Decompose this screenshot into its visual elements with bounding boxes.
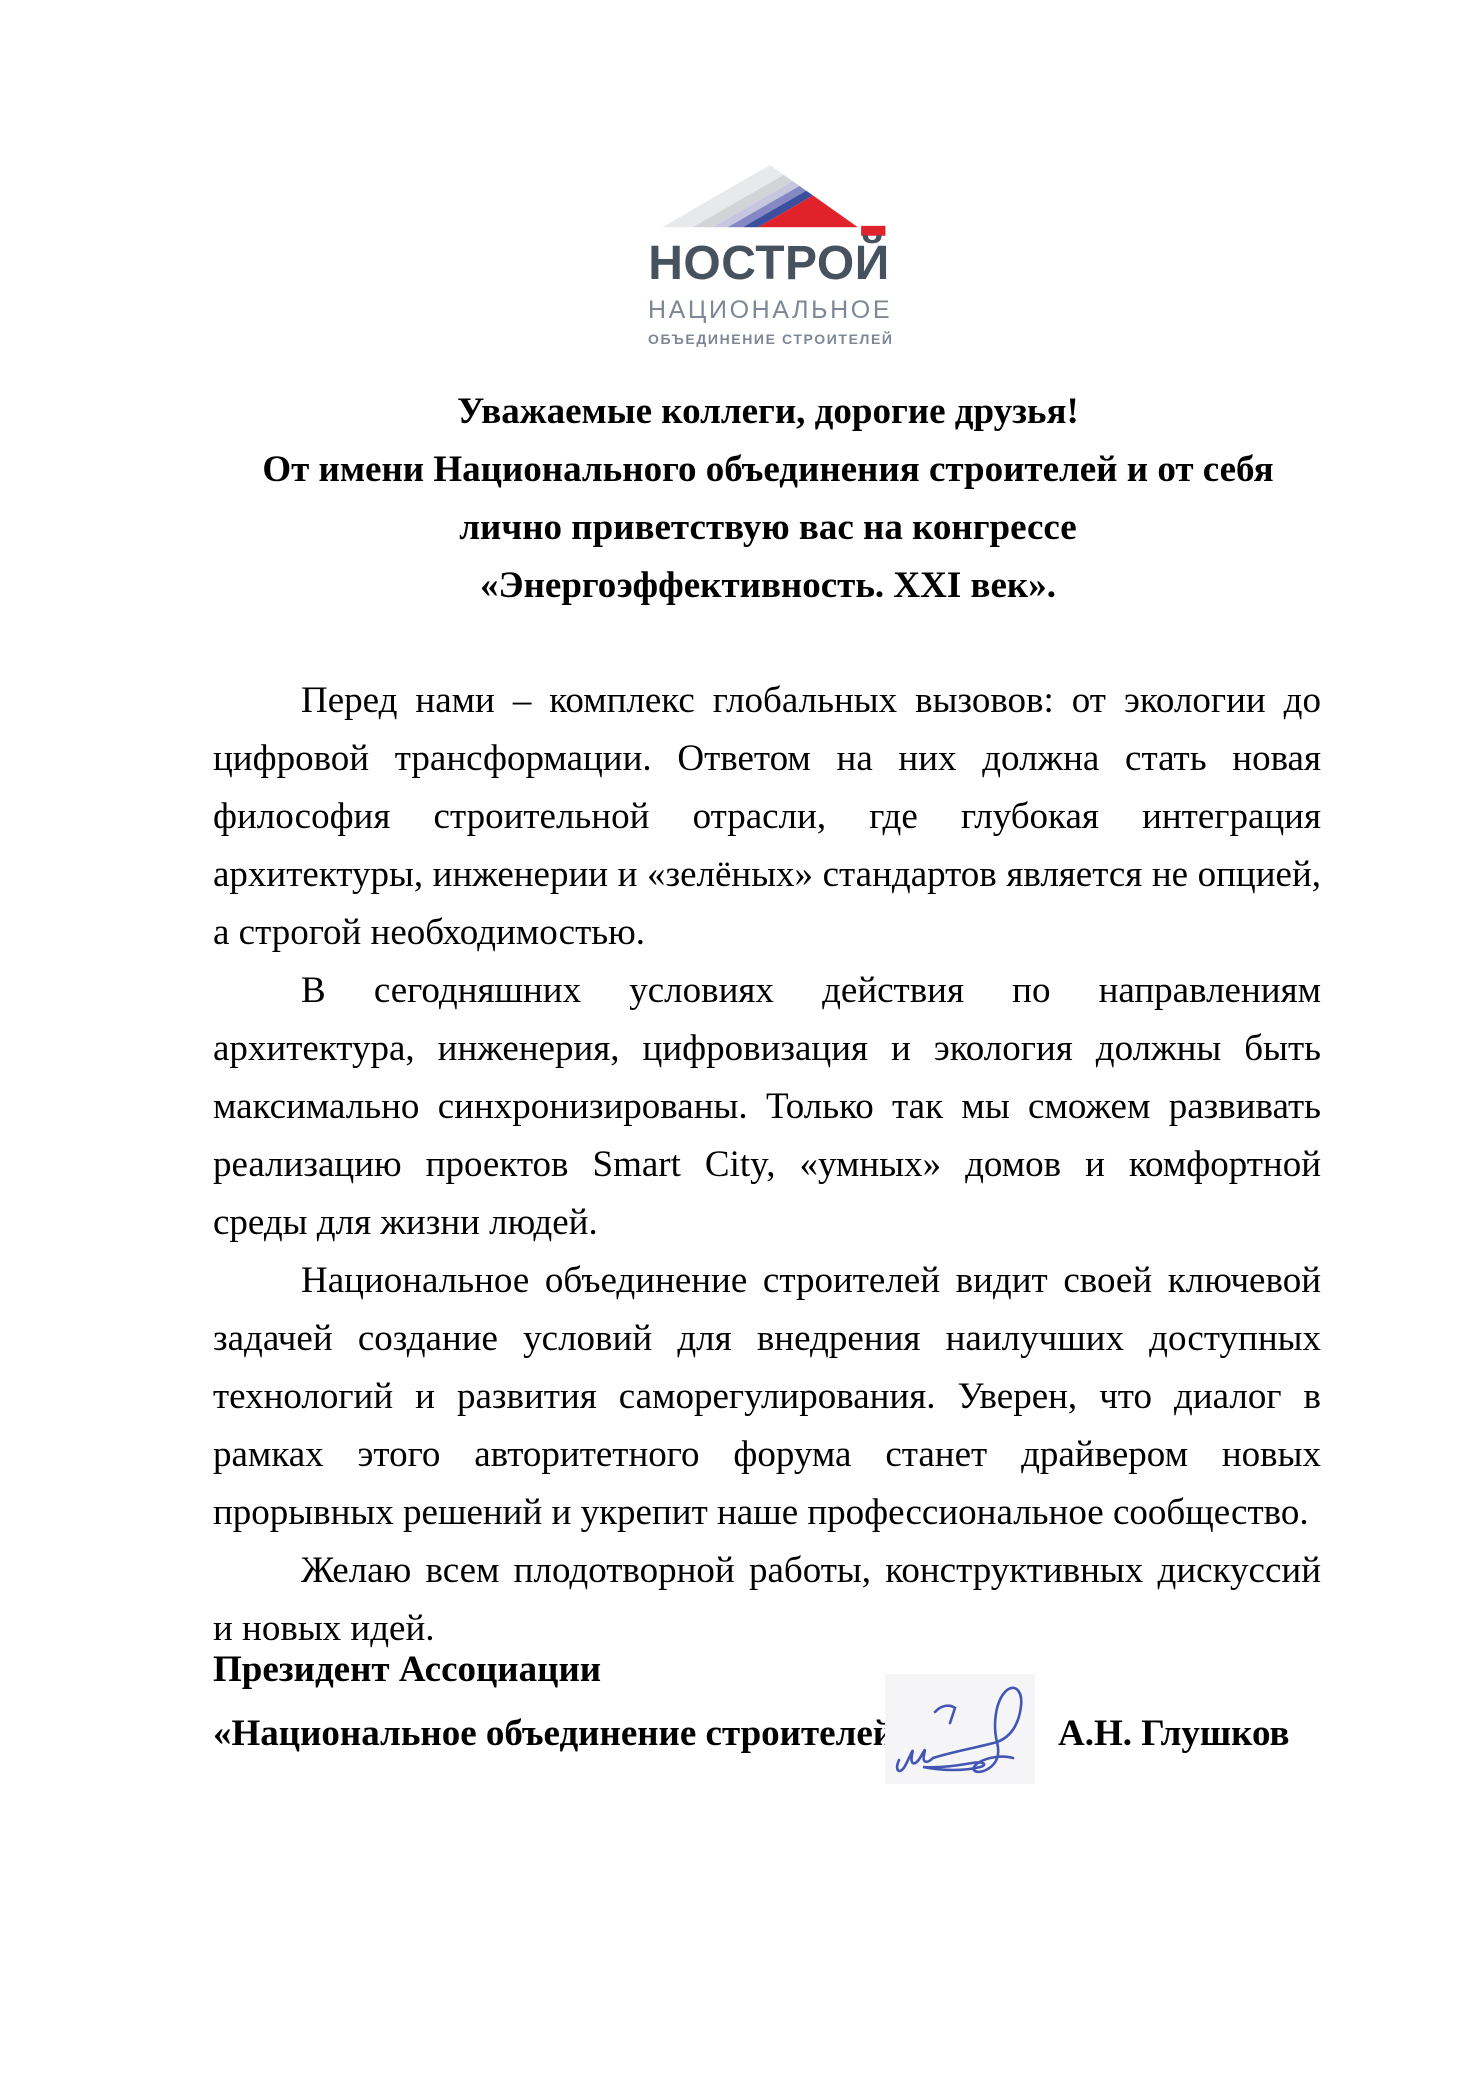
heading-line-1: Уважаемые коллеги, дорогие друзья! <box>213 383 1323 441</box>
logo-subtitle: НАЦИОНАЛЬНОЕ <box>648 296 890 325</box>
signer-title-line-2: «Национальное объединение строителей» <box>213 1712 913 1756</box>
letter-body: Перед нами – комплекс глобальных вызовов… <box>213 672 1321 1658</box>
letter-heading: Уважаемые коллеги, дорогие друзья! От им… <box>213 383 1323 615</box>
signature-block: Президент Ассоциации «Национальное объед… <box>213 1648 1333 1868</box>
nostroy-logo: НОСТРОЙ НАЦИОНАЛЬНОЕ ОБЪЕДИНЕНИЕ СТРОИТЕ… <box>648 162 890 347</box>
logo-subtitle-2: ОБЪЕДИНЕНИЕ СТРОИТЕЛЕЙ <box>648 331 890 347</box>
body-paragraph-2: В сегодняшних условиях действия по напра… <box>213 962 1321 1252</box>
heading-line-2: От имени Национального объединения строи… <box>213 441 1323 499</box>
heading-line-4: «Энергоэффективность. XXI век». <box>213 557 1323 615</box>
body-paragraph-1: Перед нами – комплекс глобальных вызовов… <box>213 672 1321 962</box>
handwritten-signature <box>885 1674 1035 1784</box>
logo-wordmark: НОСТРОЙ <box>648 239 890 289</box>
body-paragraph-4: Желаю всем плодотворной работы, конструк… <box>213 1542 1321 1658</box>
signer-title-line-1: Президент Ассоциации <box>213 1648 601 1692</box>
letter-page: НОСТРОЙ НАЦИОНАЛЬНОЕ ОБЪЕДИНЕНИЕ СТРОИТЕ… <box>0 0 1480 2093</box>
roof-end-block <box>861 226 885 236</box>
signer-name: А.Н. Глушков <box>1058 1712 1290 1756</box>
heading-line-3: лично приветствую вас на конгрессе <box>213 499 1323 557</box>
body-paragraph-3: Национальное объединение строителей види… <box>213 1252 1321 1542</box>
striped-roof-icon <box>662 162 890 238</box>
